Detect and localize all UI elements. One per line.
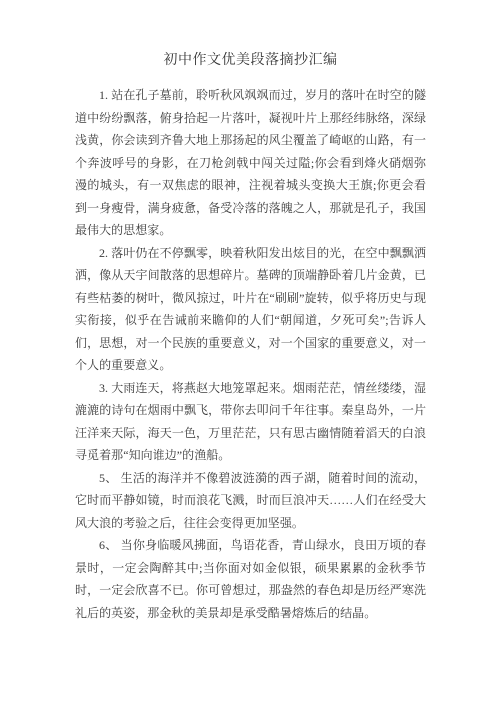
- essay-paragraph-3: 3. 大雨连天，将燕赵大地笼罩起来。烟雨茫茫，情丝缕缕，湿漉漉的诗句在烟雨中飘飞…: [75, 377, 426, 467]
- document-body: 1. 站在孔子墓前，聆听秋风飒飒而过，岁月的落叶在时空的隧道中纷纷飘落，俯身拾起…: [75, 84, 426, 624]
- essay-paragraph-5: 5、 生活的海洋并不像碧波涟漪的西子湖，随着时间的流动，它时而平静如镜，时而浪花…: [75, 467, 426, 535]
- document-title: 初中作文优美段落摘抄汇编: [75, 52, 426, 70]
- essay-paragraph-2: 2. 落叶仍在不停飘零，映着秋阳发出炫目的光，在空中飘飘洒洒，像从天宇间散落的思…: [75, 242, 426, 377]
- essay-paragraph-6: 6、 当你身临暖风拂面，鸟语花香，青山绿水，良田万顷的春景时，一定会陶醉其中;当…: [75, 534, 426, 624]
- document-page: 初中作文优美段落摘抄汇编 1. 站在孔子墓前，聆听秋风飒飒而过，岁月的落叶在时空…: [0, 0, 500, 707]
- essay-paragraph-1: 1. 站在孔子墓前，聆听秋风飒飒而过，岁月的落叶在时空的隧道中纷纷飘落，俯身拾起…: [75, 84, 426, 242]
